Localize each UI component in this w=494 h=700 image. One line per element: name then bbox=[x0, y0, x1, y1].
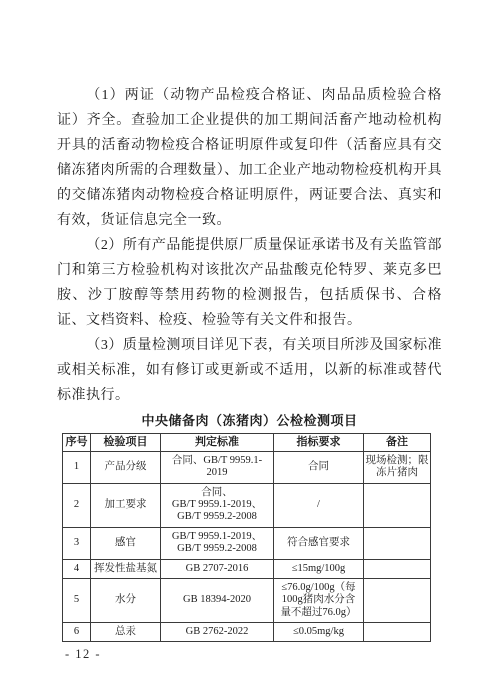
paragraph-3: （3）质量检测项目详见下表，有关项目所涉及国家标准或相关标准，如有修订或更新或不… bbox=[57, 333, 442, 408]
cell-item: 加工要求 bbox=[91, 483, 161, 527]
document-page: （1）两证（动物产品检疫合格证、肉品品质检验合格证）齐全。查验加工企业提供的加工… bbox=[0, 0, 494, 700]
cell-item: 感官 bbox=[91, 527, 161, 559]
page-number: - 12 - bbox=[65, 647, 101, 662]
cell-note: 现场检测；限 冻片猪肉 bbox=[364, 451, 431, 483]
table-row: 4 挥发性盐基氮 GB 2707-2016 ≤15mg/100g bbox=[63, 559, 431, 578]
cell-req: 符合感官要求 bbox=[274, 527, 364, 559]
cell-standard: GB 2707-2016 bbox=[161, 559, 274, 578]
cell-item: 水分 bbox=[91, 578, 161, 622]
cell-standard: 合同、GB/T 9959.1-2019 bbox=[161, 451, 274, 483]
cell-note bbox=[364, 578, 431, 622]
cell-note bbox=[364, 559, 431, 578]
cell-item: 总汞 bbox=[91, 623, 161, 642]
cell-note bbox=[364, 527, 431, 559]
header-cell-standard: 判定标准 bbox=[161, 434, 274, 452]
cell-item: 挥发性盐基氮 bbox=[91, 559, 161, 578]
paragraph-1: （1）两证（动物产品检疫合格证、肉品品质检验合格证）齐全。查验加工企业提供的加工… bbox=[57, 83, 442, 233]
cell-req: ≤0.05mg/kg bbox=[274, 623, 364, 642]
document-body: （1）两证（动物产品检疫合格证、肉品品质检验合格证）齐全。查验加工企业提供的加工… bbox=[57, 83, 442, 642]
cell-standard: 合同、 GB/T 9959.1-2019、 GB/T 9959.2-2008 bbox=[161, 483, 274, 527]
cell-seq: 5 bbox=[63, 578, 91, 622]
cell-req: ≤76.0g/100g（每 100g猪肉水分含 量不超过76.0g） bbox=[274, 578, 364, 622]
cell-seq: 6 bbox=[63, 623, 91, 642]
header-cell-item: 检验项目 bbox=[91, 434, 161, 452]
header-cell-note: 备注 bbox=[364, 434, 431, 452]
table-title: 中央储备肉（冻猪肉）公检检测项目 bbox=[57, 411, 442, 430]
cell-seq: 2 bbox=[63, 483, 91, 527]
cell-req: / bbox=[274, 483, 364, 527]
cell-item: 产品分级 bbox=[91, 451, 161, 483]
cell-standard: GB 18394-2020 bbox=[161, 578, 274, 622]
table-row: 5 水分 GB 18394-2020 ≤76.0g/100g（每 100g猪肉水… bbox=[63, 578, 431, 622]
table-row: 1 产品分级 合同、GB/T 9959.1-2019 合同 现场检测；限 冻片猪… bbox=[63, 451, 431, 483]
table-header-row: 序号 检验项目 判定标准 指标要求 备注 bbox=[63, 434, 431, 452]
header-cell-seq: 序号 bbox=[63, 434, 91, 452]
inspection-table: 序号 检验项目 判定标准 指标要求 备注 1 产品分级 合同、GB/T 9959… bbox=[62, 433, 431, 642]
cell-note bbox=[364, 623, 431, 642]
cell-seq: 4 bbox=[63, 559, 91, 578]
table-row: 3 感官 GB/T 9959.1-2019、 GB/T 9959.2-2008 … bbox=[63, 527, 431, 559]
cell-seq: 3 bbox=[63, 527, 91, 559]
cell-standard: GB 2762-2022 bbox=[161, 623, 274, 642]
header-cell-req: 指标要求 bbox=[274, 434, 364, 452]
table-row: 2 加工要求 合同、 GB/T 9959.1-2019、 GB/T 9959.2… bbox=[63, 483, 431, 527]
cell-req: ≤15mg/100g bbox=[274, 559, 364, 578]
cell-note bbox=[364, 483, 431, 527]
cell-seq: 1 bbox=[63, 451, 91, 483]
cell-req: 合同 bbox=[274, 451, 364, 483]
cell-standard: GB/T 9959.1-2019、 GB/T 9959.2-2008 bbox=[161, 527, 274, 559]
table-row: 6 总汞 GB 2762-2022 ≤0.05mg/kg bbox=[63, 623, 431, 642]
paragraph-2: （2）所有产品能提供原厂质量保证承诺书及有关监管部门和第三方检验机构对该批次产品… bbox=[57, 233, 442, 333]
